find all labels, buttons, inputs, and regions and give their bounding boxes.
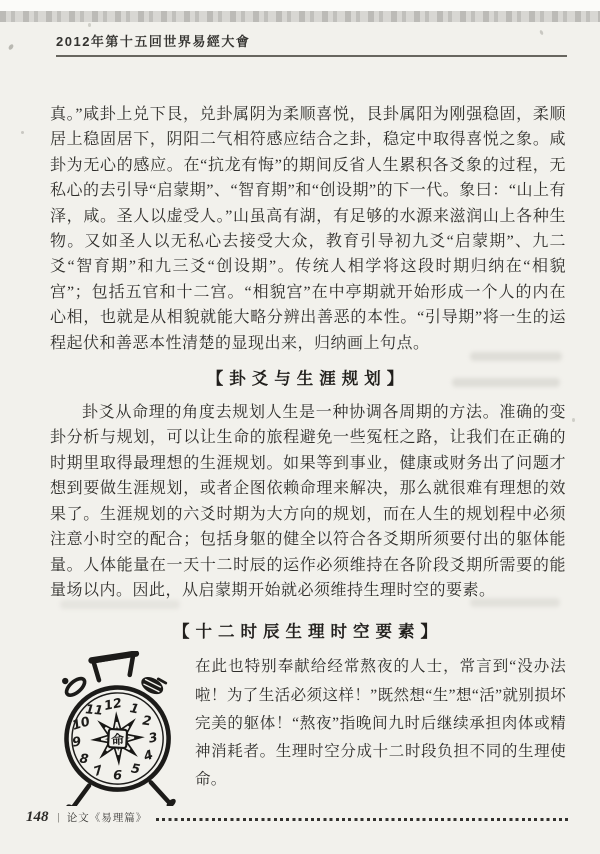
page-footer: 148 | 论文《易理篇》 [26, 806, 570, 828]
paragraph-intro: 真。”咸卦上兑下艮，兑卦属阴为柔顺喜悦，艮卦属阳为刚强稳固，柔顺居上稳固居下，阴… [50, 102, 566, 356]
clock-number: 12 [103, 696, 123, 714]
footer-volume-label: 论文《易理篇》 [67, 809, 148, 825]
alarm-clock-illustration: 121234567891011 命 [50, 651, 185, 811]
section-heading-twelve-hours: 【十二时辰生理时空要素】 [50, 619, 566, 645]
clock-number: 4 [141, 748, 155, 765]
paragraph-staying-up-late: 在此也特别奉献给经常熬夜的人士，常言到“没办法啦！为了生活必须这样！”既然想“生… [195, 653, 566, 794]
page-number: 148 [26, 809, 49, 826]
clock-and-text-row: 121234567891011 命 在此也特别奉献给经常熬夜的人士，常言到“没办… [50, 651, 566, 811]
conference-title: 2012年第十五回世界易經大會 [56, 33, 567, 51]
paragraph-career-planning: 卦爻从命理的角度去规划人生是一种协调各周期的方法。准确的变卦分析与规划，可以让生… [50, 400, 566, 603]
clock-number: 6 [113, 769, 122, 784]
clock-handle-top-icon [91, 654, 136, 661]
clock-left-leg-icon [64, 786, 91, 806]
clock-number: 3 [147, 731, 159, 747]
clock-number: 11 [85, 703, 104, 719]
clock-number: 2 [141, 714, 152, 730]
page-body: 真。”咸卦上兑下艮，兑卦属阴为柔顺喜悦，艮卦属阳为刚强稳固，柔顺居上稳固居下，阴… [50, 60, 566, 811]
scan-speck [21, 131, 24, 134]
clock-right-leg-icon [151, 781, 178, 806]
alarm-clock-icon: 121234567891011 命 [50, 651, 185, 806]
dotted-leader [156, 818, 570, 821]
running-header: 2012年第十五回世界易經大會 [56, 0, 567, 57]
clock-number: 5 [130, 762, 141, 778]
scanned-paper-page: 2012年第十五回世界易經大會 真。”咸卦上兑下艮，兑卦属阴为柔顺喜悦，艮卦属阳… [0, 0, 600, 854]
clock-left-bell-icon [62, 676, 88, 699]
scan-speck [572, 418, 575, 422]
section-heading-gua-yao-career-planning: 【卦爻与生涯规划】 [50, 366, 566, 392]
clock-number: 9 [71, 735, 82, 751]
clock-number: 8 [79, 752, 90, 768]
footer-separator: | [58, 811, 60, 823]
clock-number: 1 [128, 701, 140, 717]
scan-speck [8, 43, 15, 50]
clock-fate-character: 命 [111, 732, 125, 748]
